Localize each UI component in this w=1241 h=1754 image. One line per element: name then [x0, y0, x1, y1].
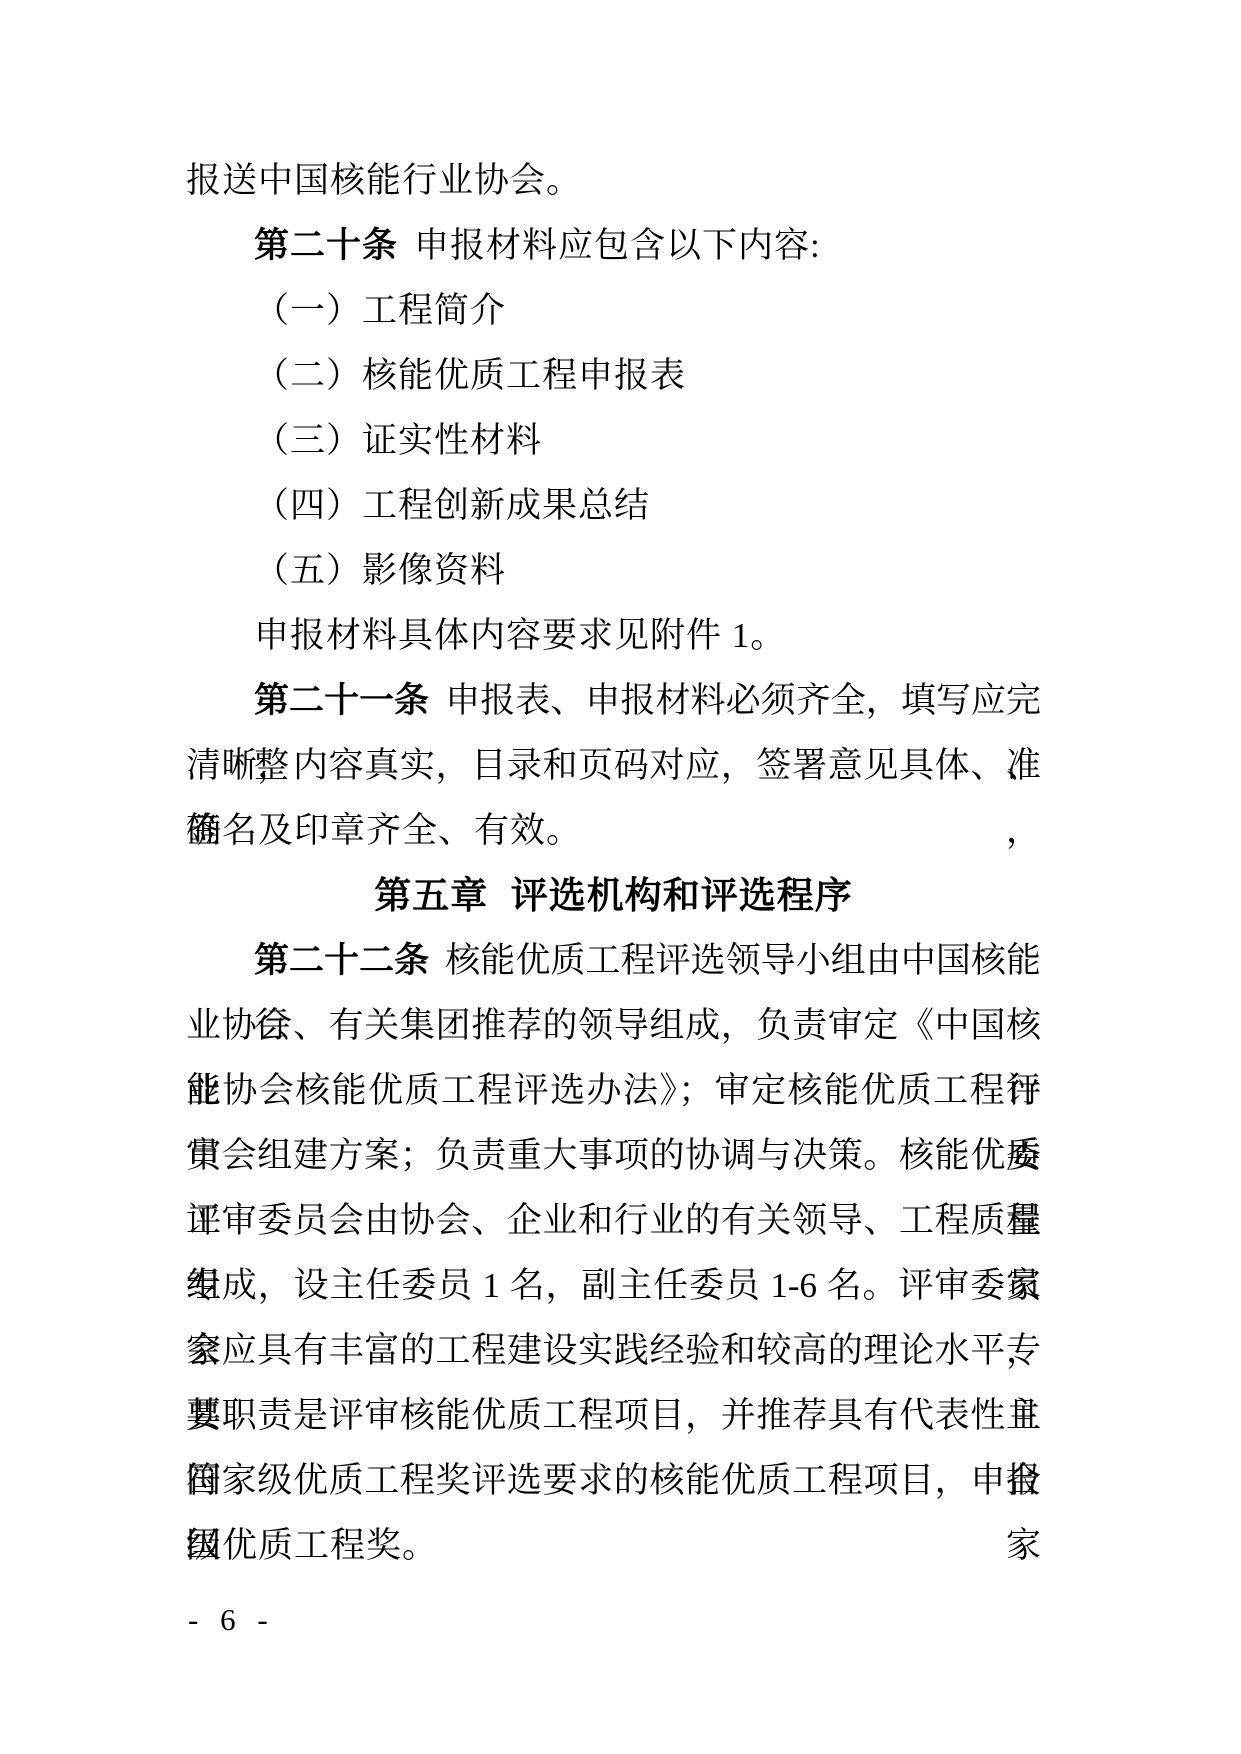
text-segment: 申报材料具体内容要求见附件 1。	[254, 616, 786, 655]
text-line-21: 国家级优质工程奖评选要求的核能优质工程项目，申报国家	[186, 1448, 1041, 1513]
text-segment: 第五章 评选机构和评选程序	[374, 875, 853, 916]
text-line-20: 要职责是评审核能优质工程项目，并推荐具有代表性且符合	[186, 1383, 1041, 1448]
article-number: 第二十条	[254, 226, 398, 265]
text-segment: （一）工程简介	[254, 291, 506, 330]
text-line-5: （三）证实性材料	[186, 408, 1041, 473]
page-number: - 6 -	[188, 1600, 271, 1640]
chapter-heading: 第五章 评选机构和评选程序	[186, 863, 1041, 928]
text-line-8: 申报材料具体内容要求见附件 1。	[186, 603, 1041, 668]
text-line-1: 报送中国核能行业协会。	[186, 148, 1041, 213]
text-segment: 级优质工程奖。	[186, 1526, 438, 1565]
text-line-16: 员会组建方案；负责重大事项的协调与决策。核能优质工程	[186, 1123, 1041, 1188]
document-page: 报送中国核能行业协会。第二十条申报材料应包含以下内容:（一）工程简介（二）核能优…	[0, 0, 1241, 1754]
text-segment: （二）核能优质工程申报表	[254, 356, 686, 395]
text-segment: 申报材料应包含以下内容:	[414, 226, 821, 265]
text-segment: （五）影像资料	[254, 551, 506, 590]
text-segment: （三）证实性材料	[254, 421, 542, 460]
text-line-10: 清晰，内容真实，目录和页码对应，签署意见具体、准确，	[186, 733, 1041, 798]
text-line-14: 业协会、有关集团推荐的领导组成，负责审定《中国核能行	[186, 993, 1041, 1058]
text-line-19: 家应具有丰富的工程建设实践经验和较高的理论水平，其主	[186, 1318, 1041, 1383]
text-segment: （四）工程创新成果总结	[254, 486, 650, 525]
text-line-3: （一）工程简介	[186, 278, 1041, 343]
text-line-15: 业协会核能优质工程评选办法》；审定核能优质工程评审委	[186, 1058, 1041, 1123]
text-line-6: （四）工程创新成果总结	[186, 473, 1041, 538]
text-segment: 签名及印章齐全、有效。	[186, 811, 582, 850]
text-line-7: （五）影像资料	[186, 538, 1041, 603]
text-line-13: 第二十二条核能优质工程评选领导小组由中国核能行	[186, 928, 1041, 993]
text-line-4: （二）核能优质工程申报表	[186, 343, 1041, 408]
text-line-2: 第二十条申报材料应包含以下内容:	[186, 213, 1041, 278]
article-number: 第二十一条	[254, 681, 429, 720]
text-line-18: 组成，设主任委员 1 名，副主任委员 1-6 名。评审委员会专	[186, 1253, 1041, 1318]
text-line-9: 第二十一条申报表、申报材料必须齐全，填写应完整、	[186, 668, 1041, 733]
text-line-17: 评审委员会由协会、企业和行业的有关领导、工程质量专家	[186, 1188, 1041, 1253]
text-segment: 报送中国核能行业协会。	[186, 161, 582, 200]
article-number: 第二十二条	[254, 941, 429, 980]
text-block: 报送中国核能行业协会。第二十条申报材料应包含以下内容:（一）工程简介（二）核能优…	[186, 148, 1041, 1578]
